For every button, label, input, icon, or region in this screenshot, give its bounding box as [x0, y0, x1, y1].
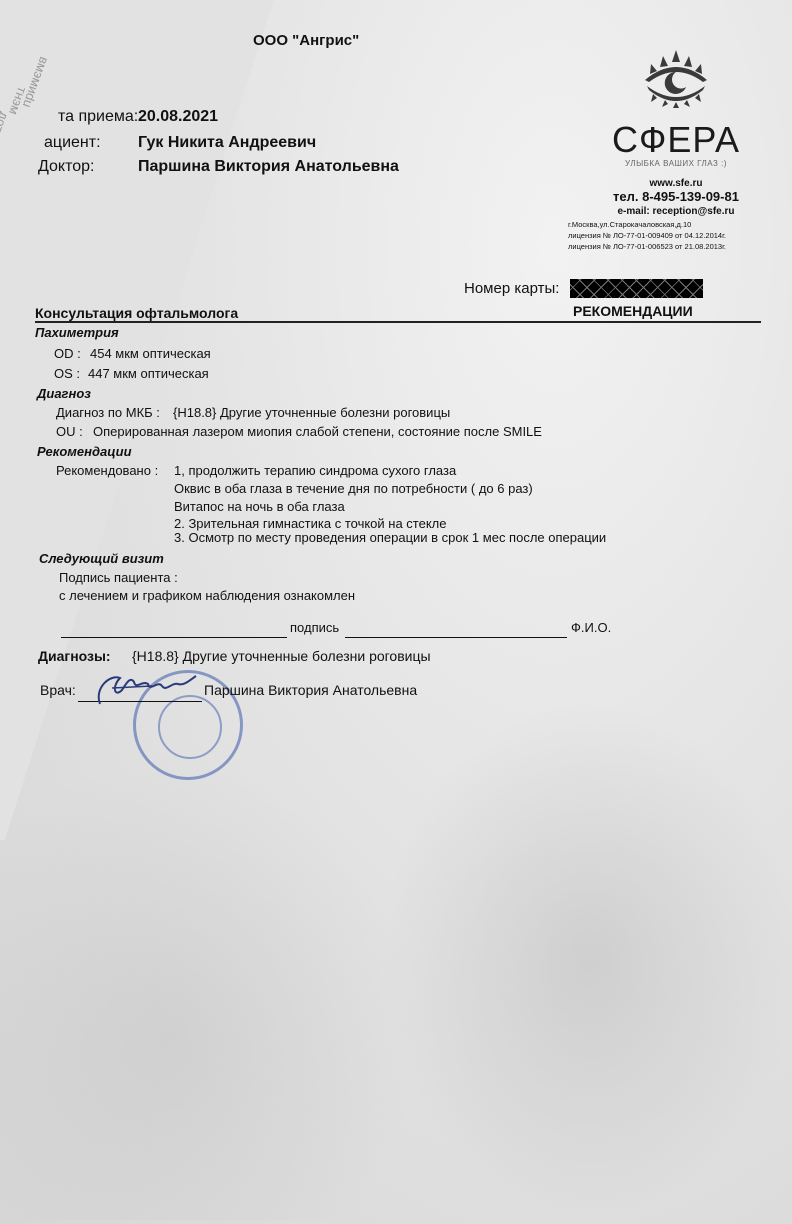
license-2: лицензия № ЛО-77-01-006523 от 21.08.2013… [560, 241, 792, 252]
license-1: лицензия № ЛО-77-01-009409 от 04.12.2014… [560, 230, 792, 241]
patient-signature-label: Подпись пациента : [59, 570, 178, 585]
signature-label: подпись [290, 620, 339, 635]
card-number-redacted [570, 279, 703, 298]
os-label: OS : [54, 366, 80, 381]
brand-tagline: УЛЫБКА ВАШИХ ГЛАЗ :) [560, 159, 792, 168]
email-link[interactable]: e-mail: reception@sfe.ru [560, 206, 792, 217]
doctor-label: Доктор: [38, 158, 94, 176]
doctor-value: Паршина Виктория Анатольевна [138, 158, 399, 176]
clinic-logo-block: СФЕРА УЛЫБКА ВАШИХ ГЛАЗ :) www.sfe.ru те… [560, 50, 792, 252]
mkb-label: Диагноз по МКБ : [56, 405, 160, 420]
paper-shadow [0, 760, 420, 1220]
handwritten-signature-icon [92, 668, 202, 710]
patient-value: Гук Никита Андреевич [138, 134, 316, 152]
od-label: OD : [54, 346, 81, 361]
recommendations-heading: Рекомендации [37, 444, 132, 459]
fio-label: Ф.И.О. [571, 620, 611, 635]
header-divider [35, 321, 761, 323]
recommended-label: Рекомендовано : [56, 463, 158, 478]
phone-number: тел. 8-495-139-09-81 [560, 189, 792, 204]
fio-line[interactable] [345, 623, 567, 638]
diagnoses-value: {H18.8} Другие уточненные болезни рогови… [132, 648, 431, 664]
signature-line[interactable] [61, 623, 287, 638]
ou-label: OU : [56, 424, 83, 439]
mkb-value: {H18.8} Другие уточненные болезни рогови… [173, 405, 450, 420]
ou-value: Оперированная лазером миопия слабой степ… [93, 424, 542, 439]
document-title: Консультация офтальмолога [35, 305, 238, 321]
next-visit-heading: Следующий визит [39, 551, 164, 566]
eye-logo-icon [641, 50, 711, 112]
diagnoses-label: Диагнозы: [38, 648, 111, 664]
paper-shadow [380, 700, 792, 1220]
diagnosis-heading: Диагноз [37, 386, 91, 401]
recommendation-line: Витапос на ночь в оба глаза [174, 499, 345, 514]
recommendation-line: 2. Зрительная гимнастика с точкой на сте… [174, 516, 447, 531]
mirrored-text: дот [0, 110, 12, 134]
date-label: та приема: [58, 108, 138, 126]
recommendation-line: Оквис в оба глаза в течение дня по потре… [174, 481, 533, 496]
date-value: 20.08.2021 [138, 108, 218, 126]
recommendation-line: 3. Осмотр по месту проведения операции в… [174, 530, 606, 545]
recommendation-line: 1, продолжить терапию синдрома сухого гл… [174, 463, 456, 478]
brand-name: СФЕРА [560, 119, 792, 161]
doctor-sign-label: Врач: [40, 682, 76, 698]
doctor-sign-name: Паршина Виктория Анатольевна [204, 682, 417, 698]
recommendations-title: РЕКОМЕНДАЦИИ [573, 303, 693, 319]
acknowledgement-text: с лечением и графиком наблюдения ознаком… [59, 588, 355, 603]
clinic-address: г.Москва,ул.Старокачаловская,д.10 [560, 219, 792, 230]
company-name: ООО "Ангрис" [253, 32, 359, 49]
card-number-label: Номер карты: [464, 280, 559, 297]
pachymetry-heading: Пахиметрия [35, 325, 119, 340]
os-value: 447 мкм оптическая [88, 366, 209, 381]
website-link[interactable]: www.sfe.ru [560, 178, 792, 189]
od-value: 454 мкм оптическая [90, 346, 211, 361]
patient-label: ациент: [44, 134, 101, 152]
